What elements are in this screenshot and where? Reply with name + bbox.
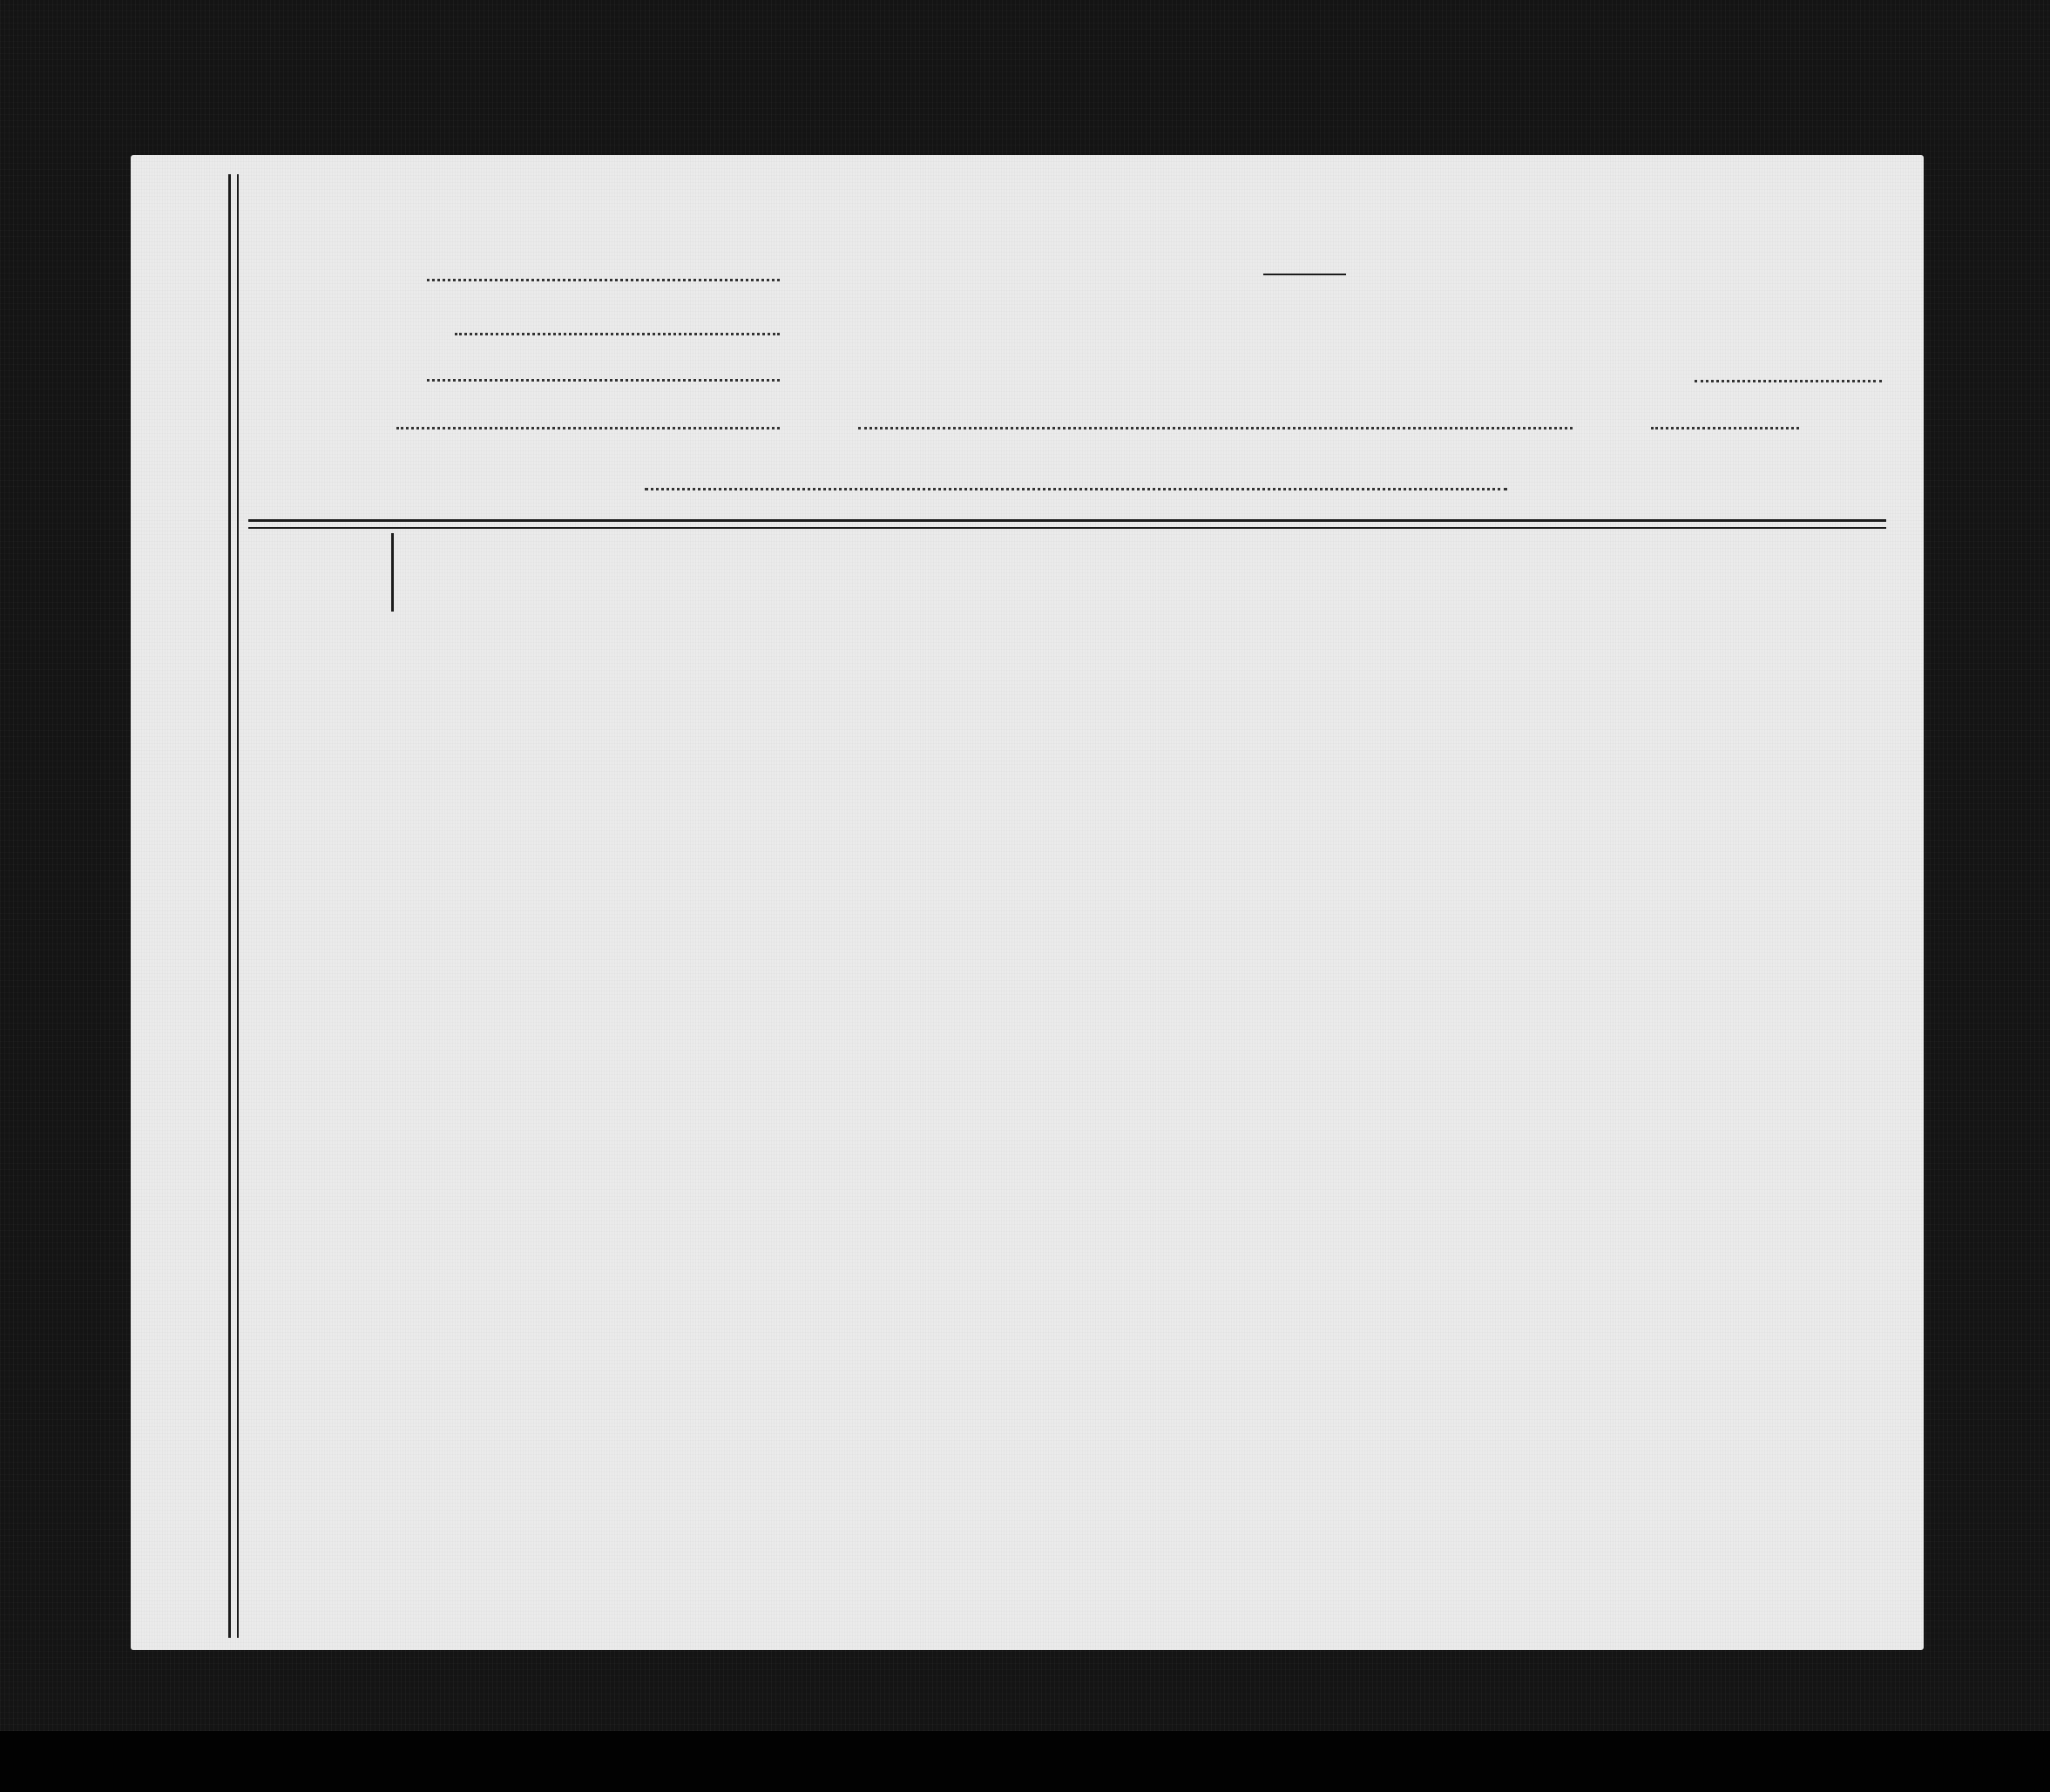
scan-bottom-border <box>0 1731 2050 1792</box>
village-line <box>427 379 780 382</box>
county-line <box>427 279 780 281</box>
city-line <box>396 427 780 429</box>
birth-certificate <box>131 155 1924 1650</box>
header-divider <box>1263 274 1346 275</box>
registered-no-line <box>1695 380 1882 382</box>
margin-double-rule <box>228 174 231 1638</box>
margin-double-rule <box>237 174 239 1638</box>
section-rule <box>248 519 1886 522</box>
section-rule <box>248 527 1886 529</box>
cell-divider <box>392 533 394 612</box>
ward-line <box>1651 427 1799 429</box>
child-name-line <box>645 488 1507 490</box>
township-line <box>455 333 780 335</box>
street-line <box>858 427 1573 429</box>
